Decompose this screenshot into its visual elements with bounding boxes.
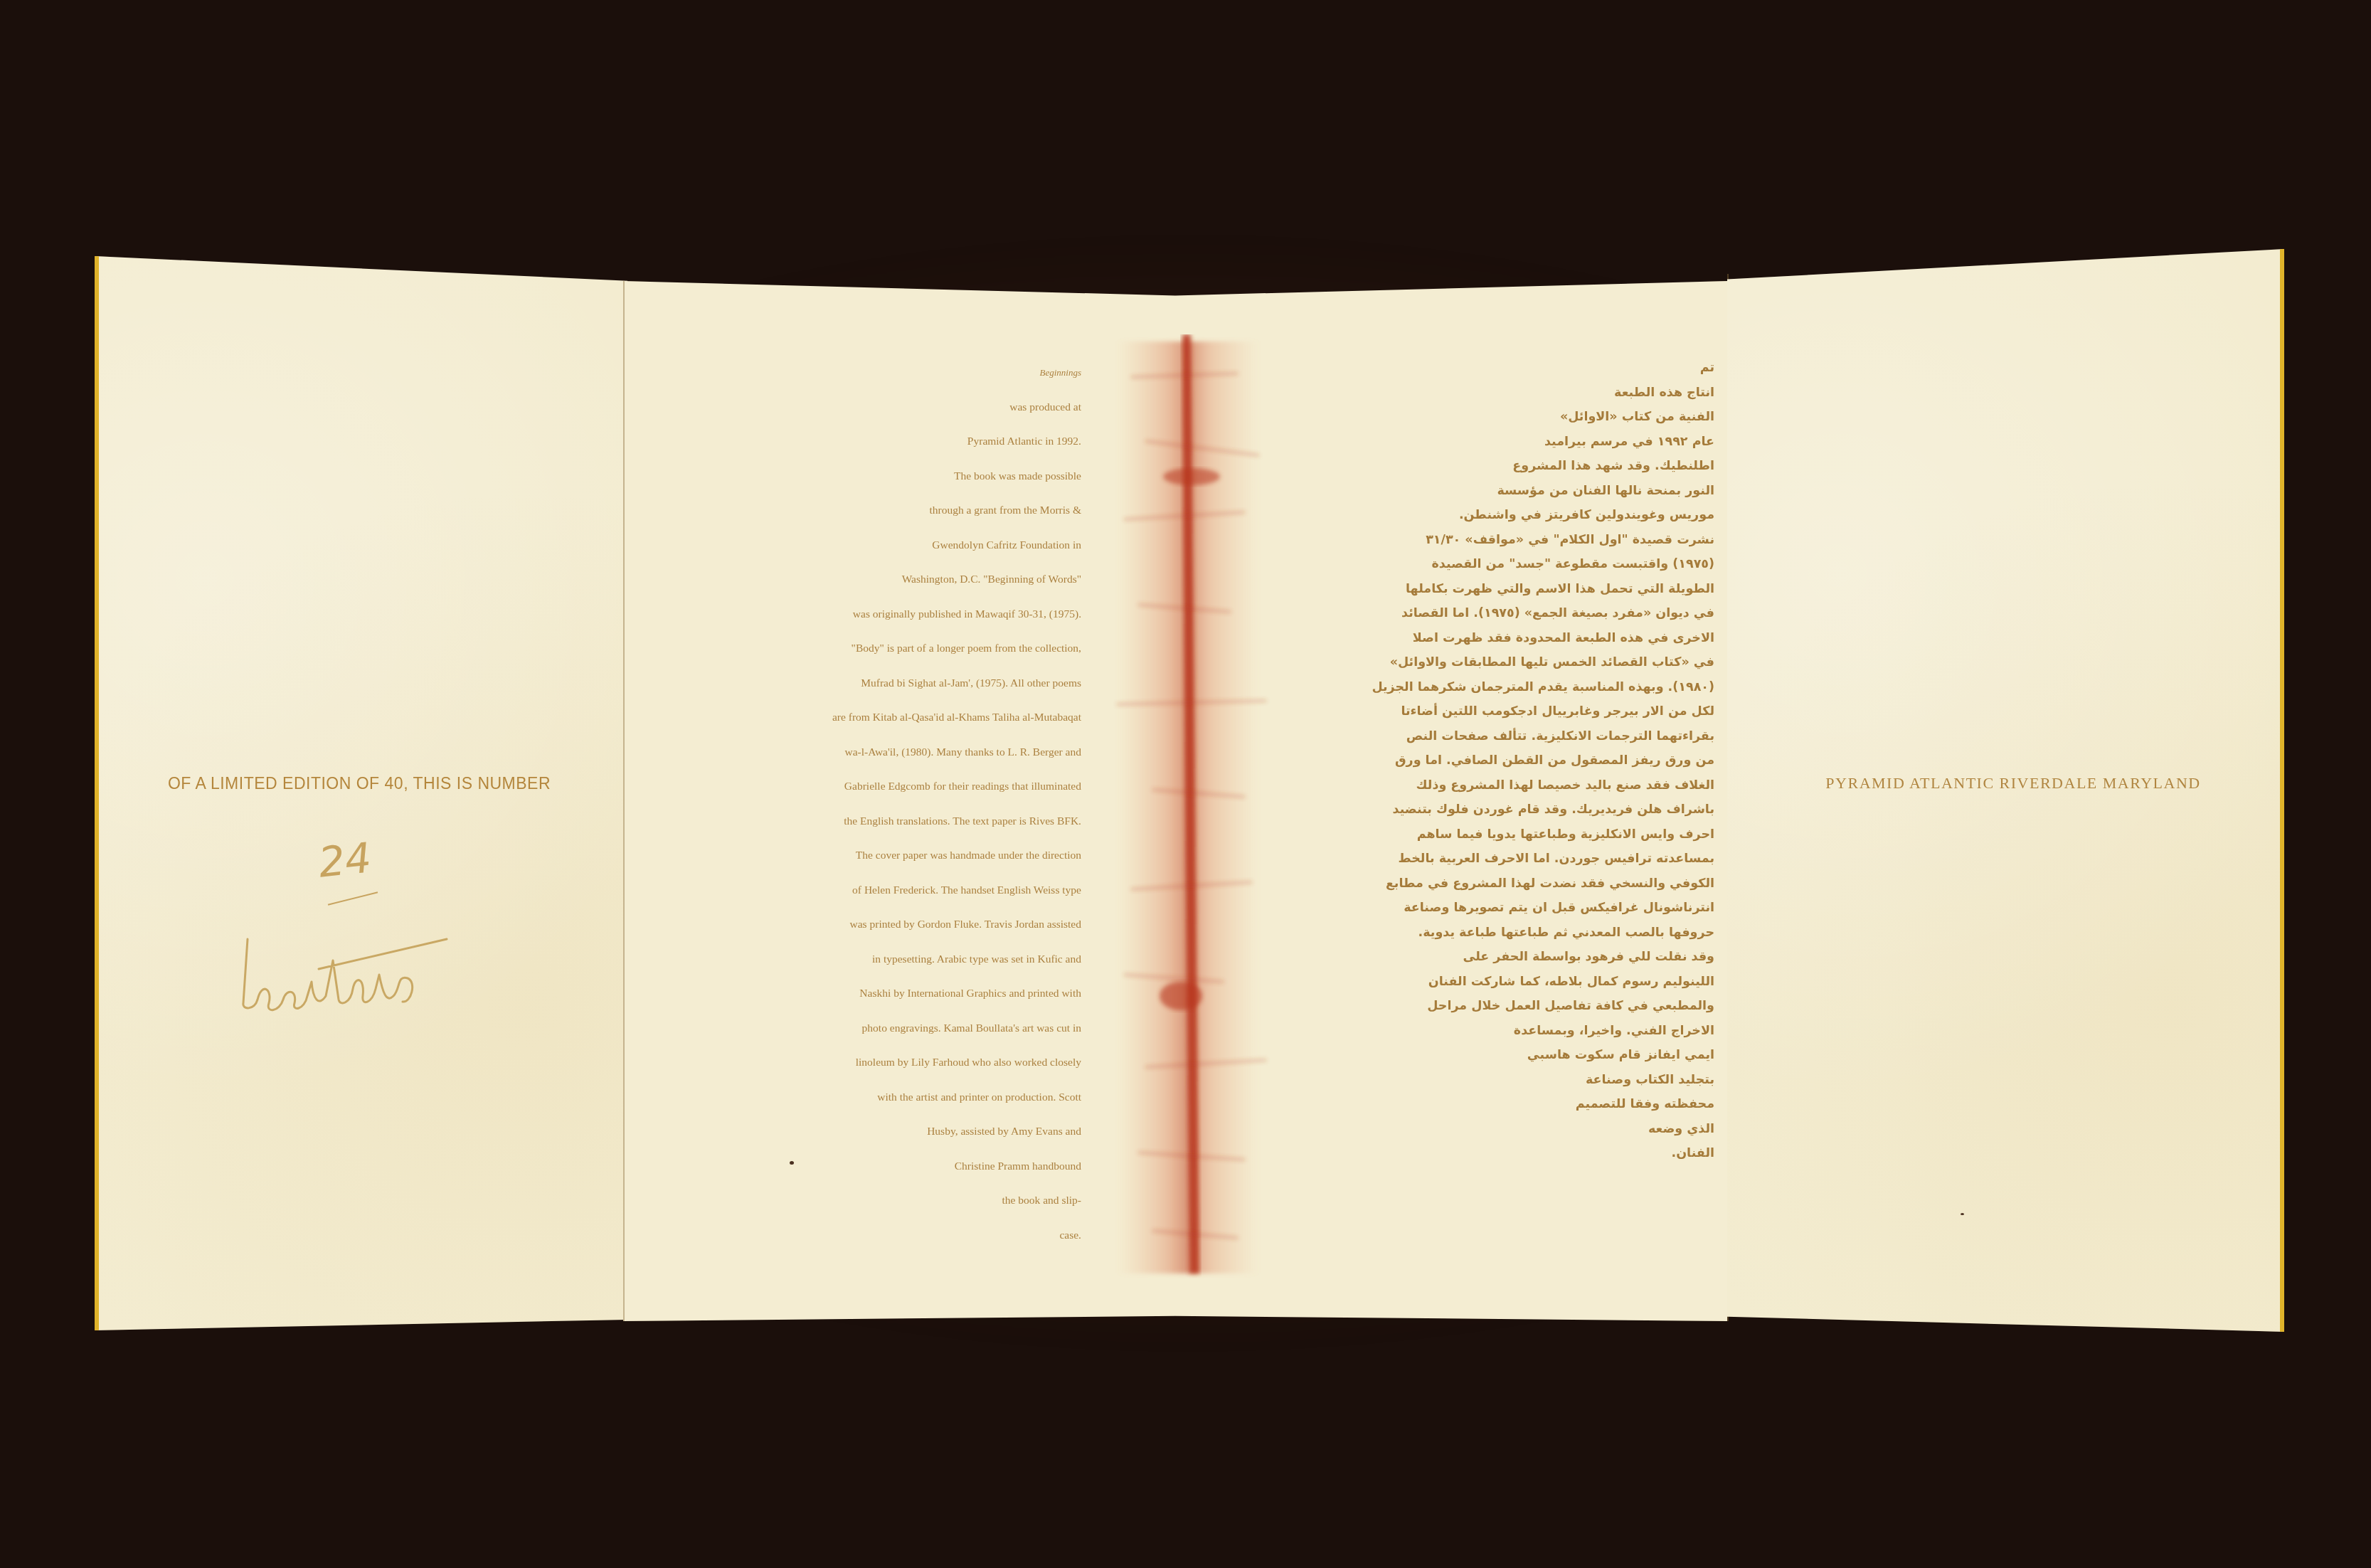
edition-number-handwritten: 24 [317,833,374,886]
arabic-line: انترناشونال غرافيكس قبل ان يتم تصويرها و… [1288,896,1714,921]
arabic-line: (١٩٧٥) واقتبست مقطوعة "جسد" من القصيدة [1288,552,1714,577]
colophon-line: Washington, D.C. "Beginning of Words" [640,563,1081,598]
dust-speck [1961,1213,1964,1215]
dust-speck [790,1161,794,1165]
edition-statement: OF A LIMITED EDITION OF 40, THIS IS NUMB… [100,774,619,793]
colophon-line: was originally published in Mawaqif 30-3… [640,598,1081,632]
colophon-line: are from Kitab al-Qasa'id al-Khams Talih… [640,701,1081,736]
red-linocut-artwork [1103,334,1273,1281]
fold-left [623,281,625,1321]
colophon-line: case. [640,1219,1081,1254]
arabic-line: ايمي ايفانز قام سكوت هاسبي [1288,1043,1714,1068]
colophon-line: in typesetting. Arabic type was set in K… [640,943,1081,978]
arabic-line: بقراءتهما الترجمات الانكليزية. تتألف صفح… [1288,724,1714,749]
english-colophon: Beginnings was produced at Pyramid Atlan… [640,356,1081,1253]
left-page [95,256,627,1330]
artist-signature [233,932,468,1017]
colophon-line: Mufrad bi Sighat al-Jam', (1975). All ot… [640,667,1081,701]
colophon-line: "Body" is part of a longer poem from the… [640,632,1081,667]
arabic-line: موريس وغويندولين كافريتز في واشنطن. [1288,503,1714,528]
arabic-line: الفنية من كتاب «الاوائل» [1288,405,1714,430]
arabic-line: في ديوان «مفرد بصيغة الجمع» (١٩٧٥). اما … [1288,601,1714,626]
arabic-line: انتاج هذه الطبعة [1288,381,1714,406]
colophon-line: Gwendolyn Cafritz Foundation in [640,529,1081,563]
colophon-line: was produced at [640,391,1081,425]
colophon-line: the English translations. The text paper… [640,805,1081,839]
publisher-imprint: PYRAMID ATLANTIC RIVERDALE MARYLAND [1757,774,2269,793]
colophon-line: Gabrielle Edgcomb for their readings tha… [640,770,1081,805]
colophon-line: was printed by Gordon Fluke. Travis Jord… [640,908,1081,943]
colophon-line: linoleum by Lily Farhoud who also worked… [640,1046,1081,1081]
colophon-line: The cover paper was handmade under the d… [640,839,1081,874]
arabic-line: الكوفي والنسخي فقد نضدت لهذا المشروع في … [1288,872,1714,896]
arabic-line: عام ١٩٩٢ في مرسم بيراميد [1288,430,1714,455]
colophon-line: The book was made possible [640,460,1081,494]
arabic-line: وقد نقلت للي فرهود بواسطة الحفر على [1288,945,1714,970]
colophon-line: wa-l-Awa'il, (1980). Many thanks to L. R… [640,736,1081,770]
arabic-line: الفنان. [1288,1141,1714,1166]
colophon-line: through a grant from the Morris & [640,494,1081,529]
arabic-line: بتجليد الكتاب وصناعة [1288,1068,1714,1093]
colophon-line: Beginnings [640,356,1081,391]
photo-scene: OF A LIMITED EDITION OF 40, THIS IS NUMB… [0,0,2371,1568]
arabic-line: باشراف هلن فريديريك. وقد قام غوردن فلوك … [1288,798,1714,822]
colophon-line: Pyramid Atlantic in 1992. [640,425,1081,460]
arabic-line: محفظته وفقا للتصميم [1288,1092,1714,1117]
colophon-line: of Helen Frederick. The handset English … [640,874,1081,909]
arabic-line: اطلنطيك. وقد شهد هذا المشروع [1288,454,1714,479]
arabic-line: تم [1288,356,1714,381]
arabic-line: (١٩٨٠). وبهذه المناسبة يقدم المترجمان شك… [1288,675,1714,700]
colophon-line: Christine Pramm handbound [640,1150,1081,1185]
arabic-colophon: تم انتاج هذه الطبعة الفنية من كتاب «الاو… [1288,356,1714,1166]
colophon-line: the book and slip- [640,1184,1081,1219]
colophon-line: Husby, assisted by Amy Evans and [640,1115,1081,1150]
colophon-line: photo engravings. Kamal Boullata's art w… [640,1012,1081,1047]
arabic-line: الطويلة التي تحمل هذا الاسم والتي ظهرت ب… [1288,577,1714,602]
arabic-line: نشرت قصيدة "اول الكلام" في «مواقف» ٣١/٣٠ [1288,528,1714,553]
arabic-line: الاخرى في هذه الطبعة المحدودة فقد ظهرت ا… [1288,626,1714,651]
arabic-line: اللينوليم رسوم كمال بلاطه، كما شاركت الف… [1288,970,1714,995]
arabic-line: الغلاف فقد صنع باليد خصيصا لهذا المشروع … [1288,773,1714,798]
arabic-line: النور بمنحة نالها الفنان من مؤسسة [1288,479,1714,504]
arabic-line: احرف وايس الانكليزية وطباعتها يدويا فيما… [1288,822,1714,847]
arabic-line: الاخراج الفني. واخيرا، وبمساعدة [1288,1019,1714,1044]
colophon-line: Naskhi by International Graphics and pri… [640,977,1081,1012]
colophon-line: with the artist and printer on productio… [640,1081,1081,1116]
arabic-line: والمطبعي في كافة تفاصيل العمل خلال مراحل [1288,994,1714,1019]
arabic-line: الذي وضعه [1288,1117,1714,1142]
arabic-line: في «كتاب القصائد الخمس تليها المطابقات و… [1288,650,1714,675]
arabic-line: حروفها بالصب المعدني ثم طباعتها طباعة يد… [1288,921,1714,945]
arabic-line: لكل من الار بيرجر وغابرييال ادجكومب اللت… [1288,699,1714,724]
arabic-line: بمساعدته ترافيس جوردن. اما الاحرف العربي… [1288,847,1714,872]
arabic-line: من ورق ريفز المصقول من القطن الصافي. اما… [1288,748,1714,773]
